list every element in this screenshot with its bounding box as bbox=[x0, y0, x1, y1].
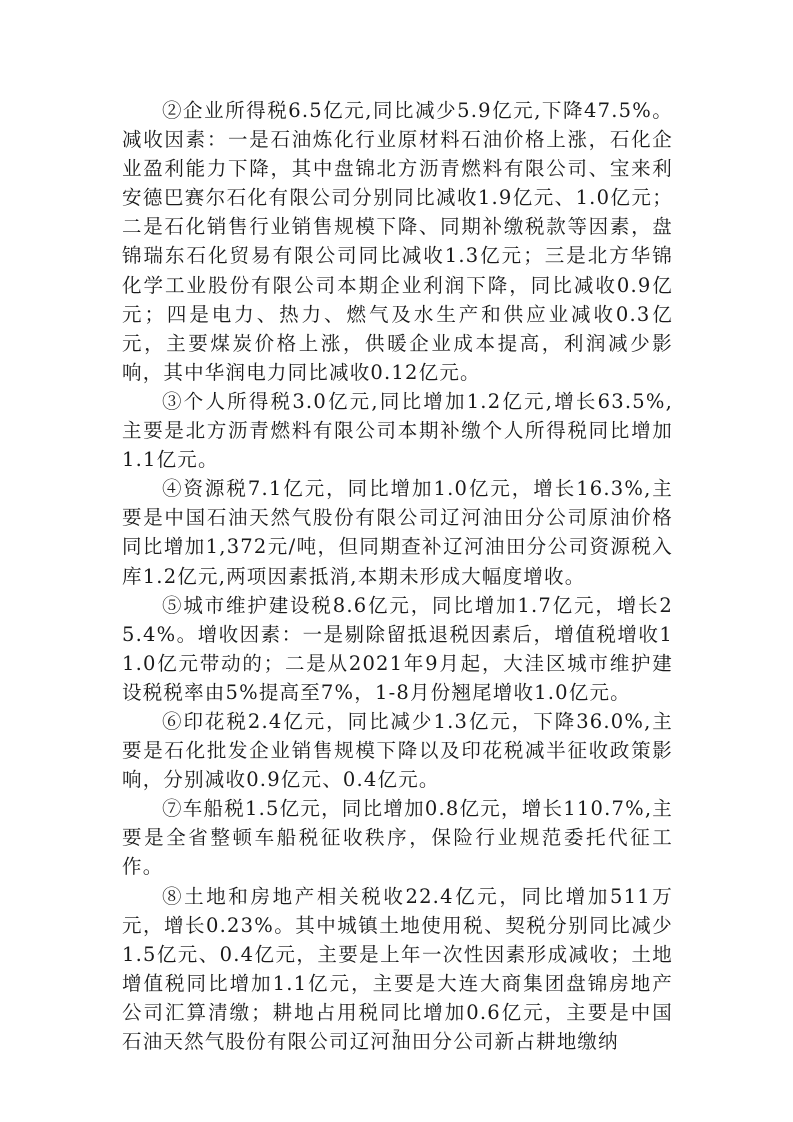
document-body: ②企业所得税6.5亿元,同比减少5.9亿元,下降47.5%。减收因素：一是石油炼… bbox=[122, 96, 673, 1056]
page-number: 7 bbox=[0, 1027, 793, 1041]
paragraph-stamp-tax: ⑥印花税2.4亿元，同比减少1.3亿元，下降36.0%,主要是石化批发企业销售规… bbox=[122, 707, 673, 794]
paragraph-resource-tax: ④资源税7.1亿元，同比增加1.0亿元，增长16.3%,主要是中国石油天然气股份… bbox=[122, 474, 673, 590]
paragraph-personal-income-tax: ③个人所得税3.0亿元,同比增加1.2亿元,增长63.5%,主要是北方沥青燃料有… bbox=[122, 387, 673, 474]
paragraph-corporate-income-tax: ②企业所得税6.5亿元,同比减少5.9亿元,下降47.5%。减收因素：一是石油炼… bbox=[122, 96, 673, 387]
paragraph-urban-maintenance-tax: ⑤城市维护建设税8.6亿元，同比增加1.7亿元，增长25.4%。增收因素：一是剔… bbox=[122, 591, 673, 707]
paragraph-vehicle-vessel-tax: ⑦车船税1.5亿元，同比增加0.8亿元，增长110.7%,主要是全省整顿车船税征… bbox=[122, 794, 673, 881]
